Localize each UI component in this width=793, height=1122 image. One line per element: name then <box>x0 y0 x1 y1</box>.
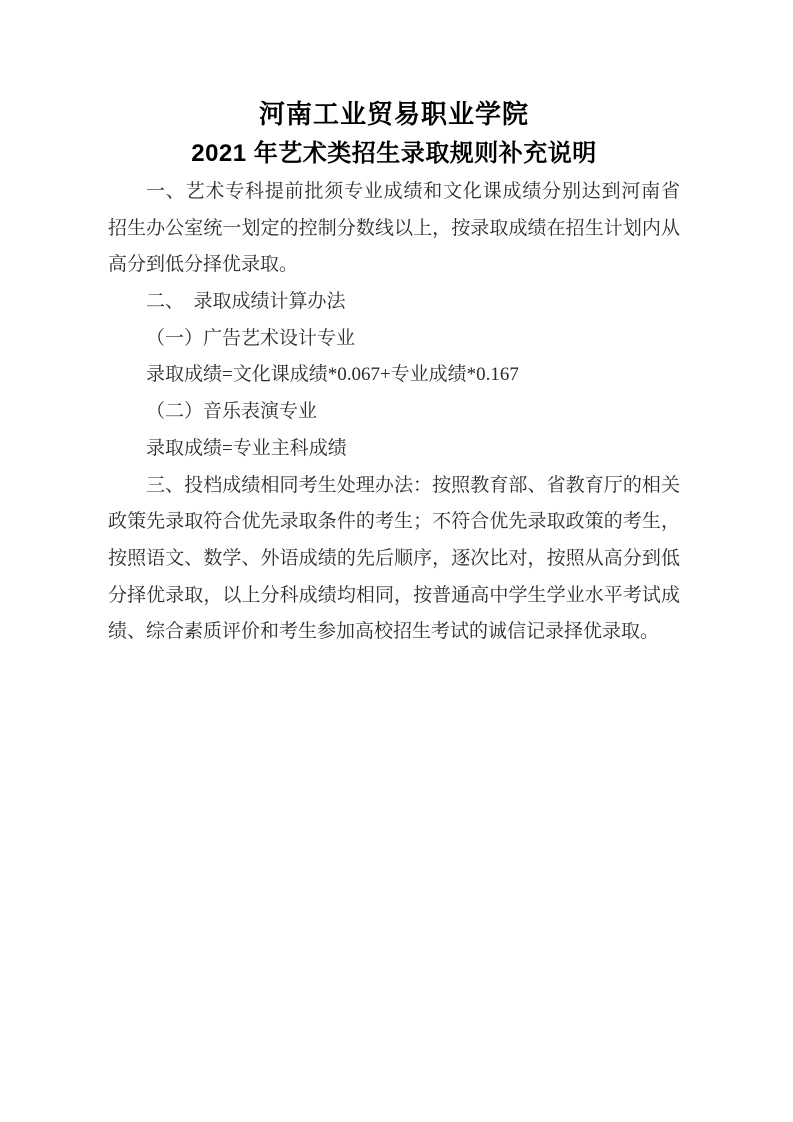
doc-title-block: 河南工业贸易职业学院 2021 年艺术类招生录取规则补充说明 <box>108 94 680 173</box>
doc-text-line: 招生办公室统一划定的控制分数线以上，按录取成绩在招生计划内从 <box>108 211 680 248</box>
doc-text-line: 政策先录取符合优先录取条件的考生；不符合优先录取政策的考生， <box>108 504 680 541</box>
doc-text-line: 录取成绩=文化课成绩*0.067+专业成绩*0.167 <box>108 357 680 394</box>
doc-body: 一、艺术专科提前批须专业成绩和文化课成绩分别达到河南省招生办公室统一划定的控制分… <box>108 174 680 651</box>
doc-title-line-1: 河南工业贸易职业学院 <box>108 94 680 134</box>
document-page: 河南工业贸易职业学院 2021 年艺术类招生录取规则补充说明 一、艺术专科提前批… <box>0 0 793 1122</box>
doc-text-line: 三、投档成绩相同考生处理办法：按照教育部、省教育厅的相关 <box>108 468 680 505</box>
doc-text-line: 绩、综合素质评价和考生参加高校招生考试的诚信记录择优录取。 <box>108 614 680 651</box>
doc-text-line: 按照语文、数学、外语成绩的先后顺序，逐次比对，按照从高分到低 <box>108 541 680 578</box>
doc-text-line: 二、 录取成绩计算办法 <box>108 284 680 321</box>
doc-text-line: 一、艺术专科提前批须专业成绩和文化课成绩分别达到河南省 <box>108 174 680 211</box>
doc-text-line: 分择优录取，以上分科成绩均相同，按普通高中学生学业水平考试成 <box>108 578 680 615</box>
doc-text-line: （一）广告艺术设计专业 <box>108 321 680 358</box>
doc-text-line: （二）音乐表演专业 <box>108 394 680 431</box>
doc-title-line-2: 2021 年艺术类招生录取规则补充说明 <box>108 134 680 173</box>
doc-text-line: 高分到低分择优录取。 <box>108 247 680 284</box>
doc-text-line: 录取成绩=专业主科成绩 <box>108 431 680 468</box>
